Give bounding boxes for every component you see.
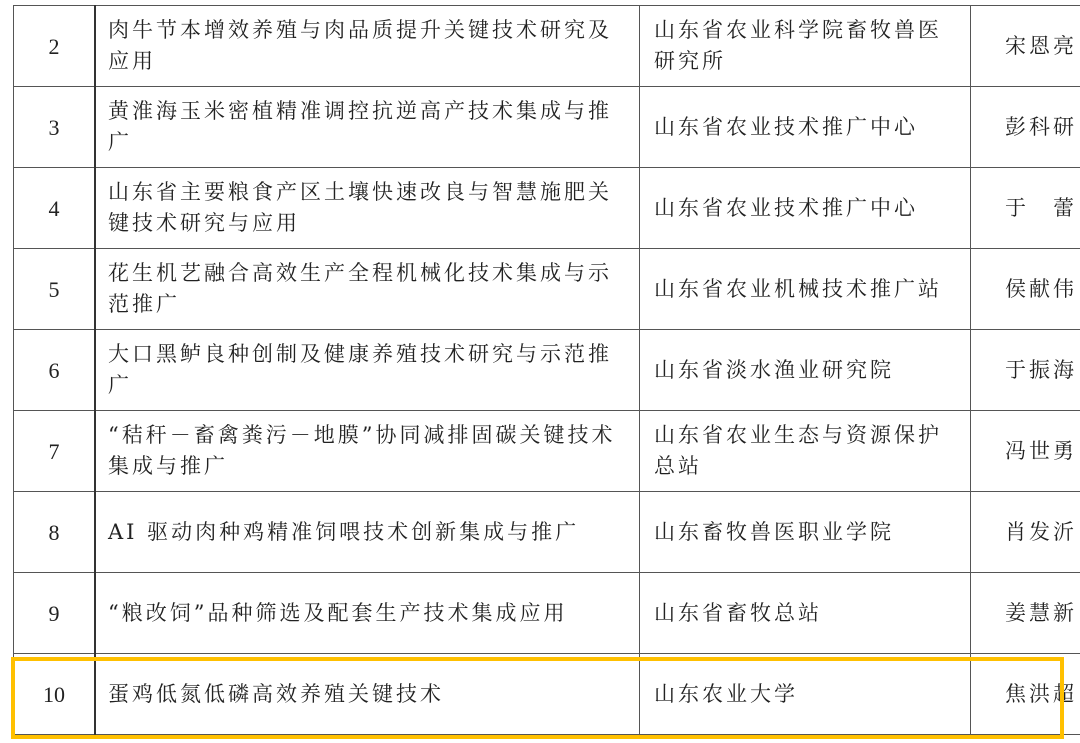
row-number: 8 [14,492,96,573]
organization: 山东省农业生态与资源保护总站 [640,411,971,492]
person-in-charge: 于 蕾 [971,168,1080,249]
organization: 山东农业大学 [640,654,971,735]
award-table: 2 肉牛节本增效养殖与肉品质提升关键技术研究及应用 山东省农业科学院畜牧兽医研究… [13,5,1080,735]
table-row: 9 “粮改饲”品种筛选及配套生产技术集成应用 山东省畜牧总站 姜慧新 [14,573,1080,654]
row-number: 9 [14,573,96,654]
person-in-charge: 焦洪超 [971,654,1080,735]
organization: 山东省畜牧总站 [640,573,971,654]
project-name: 黄淮海玉米密植精准调控抗逆高产技术集成与推广 [95,87,640,168]
person-in-charge: 彭科研 [971,87,1080,168]
project-name: 山东省主要粮食产区土壤快速改良与智慧施肥关键技术研究与应用 [95,168,640,249]
project-name: 肉牛节本增效养殖与肉品质提升关键技术研究及应用 [95,6,640,87]
row-number: 2 [14,6,96,87]
table-row: 2 肉牛节本增效养殖与肉品质提升关键技术研究及应用 山东省农业科学院畜牧兽医研究… [14,6,1080,87]
project-name: 花生机艺融合高效生产全程机械化技术集成与示范推广 [95,249,640,330]
organization: 山东省农业科学院畜牧兽医研究所 [640,6,971,87]
row-number: 7 [14,411,96,492]
table-row: 4 山东省主要粮食产区土壤快速改良与智慧施肥关键技术研究与应用 山东省农业技术推… [14,168,1080,249]
project-name: “秸秆－畜禽粪污－地膜”协同减排固碳关键技术集成与推广 [95,411,640,492]
organization: 山东省农业技术推广中心 [640,87,971,168]
table-row: 3 黄淮海玉米密植精准调控抗逆高产技术集成与推广 山东省农业技术推广中心 彭科研 [14,87,1080,168]
person-in-charge: 宋恩亮 [971,6,1080,87]
table-row: 7 “秸秆－畜禽粪污－地膜”协同减排固碳关键技术集成与推广 山东省农业生态与资源… [14,411,1080,492]
row-number: 5 [14,249,96,330]
organization: 山东畜牧兽医职业学院 [640,492,971,573]
table-row: 6 大口黑鲈良种创制及健康养殖技术研究与示范推广 山东省淡水渔业研究院 于振海 [14,330,1080,411]
row-number: 10 [14,654,96,735]
row-number: 3 [14,87,96,168]
row-number: 4 [14,168,96,249]
person-in-charge: 侯献伟 [971,249,1080,330]
organization: 山东省农业机械技术推广站 [640,249,971,330]
organization: 山东省农业技术推广中心 [640,168,971,249]
project-name: “粮改饲”品种筛选及配套生产技术集成应用 [95,573,640,654]
organization: 山东省淡水渔业研究院 [640,330,971,411]
table-row-highlighted: 10 蛋鸡低氮低磷高效养殖关键技术 山东农业大学 焦洪超 [14,654,1080,735]
project-name: 蛋鸡低氮低磷高效养殖关键技术 [95,654,640,735]
person-in-charge: 冯世勇 [971,411,1080,492]
table-row: 5 花生机艺融合高效生产全程机械化技术集成与示范推广 山东省农业机械技术推广站 … [14,249,1080,330]
project-name: 大口黑鲈良种创制及健康养殖技术研究与示范推广 [95,330,640,411]
project-name: AI 驱动肉种鸡精准饲喂技术创新集成与推广 [95,492,640,573]
person-in-charge: 姜慧新 [971,573,1080,654]
table-row: 8 AI 驱动肉种鸡精准饲喂技术创新集成与推广 山东畜牧兽医职业学院 肖发沂 [14,492,1080,573]
person-in-charge: 于振海 [971,330,1080,411]
person-in-charge: 肖发沂 [971,492,1080,573]
row-number: 6 [14,330,96,411]
